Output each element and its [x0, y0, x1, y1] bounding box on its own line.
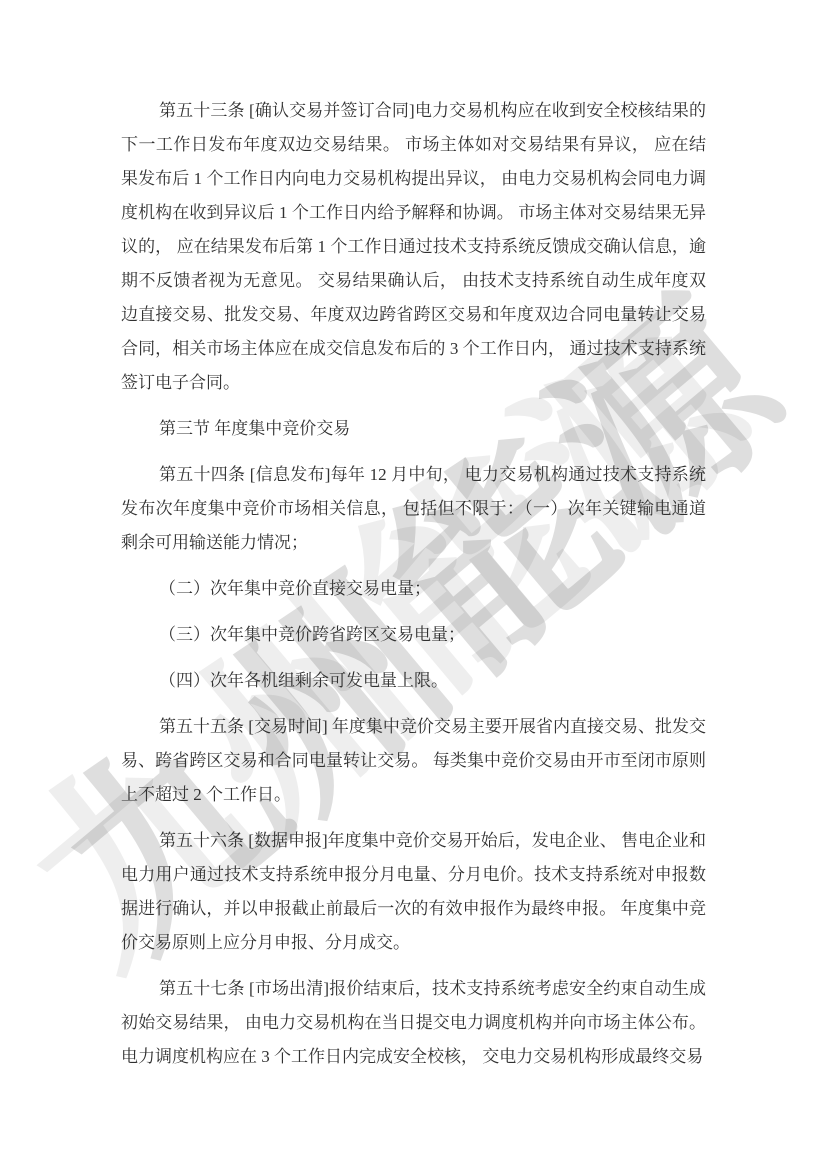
article-55-paragraph: 第五十五条 [交易时间] 年度集中竞价交易主要开展省内直接交易、批发交易、跨省跨… [121, 710, 706, 812]
document-page: 九州能源 九州能源 第五十三条 [确认交易并签订合同]电力交易机构应在收到安全校… [0, 0, 826, 1169]
section-3-heading: 第三节 年度集中竞价交易 [121, 412, 706, 446]
article-54-paragraph: 第五十四条 [信息发布]每年 12 月中旬， 电力交易机构通过技术支持系统发布次… [121, 458, 706, 560]
article-53-paragraph: 第五十三条 [确认交易并签订合同]电力交易机构应在收到安全校核结果的下一工作日发… [121, 94, 706, 400]
article-57-paragraph: 第五十七条 [市场出清]报价结束后，技术支持系统考虑安全约束自动生成初始交易结果… [121, 972, 706, 1074]
list-item-2: （二）次年集中竞价直接交易电量； [121, 572, 706, 606]
list-item-3: （三）次年集中竞价跨省跨区交易电量； [121, 618, 706, 652]
article-56-paragraph: 第五十六条 [数据申报]年度集中竞价交易开始后，发电企业、 售电企业和电力用户通… [121, 824, 706, 960]
document-body: 第五十三条 [确认交易并签订合同]电力交易机构应在收到安全校核结果的下一工作日发… [121, 94, 706, 1086]
list-item-4: （四）次年各机组剩余可发电量上限。 [121, 664, 706, 698]
